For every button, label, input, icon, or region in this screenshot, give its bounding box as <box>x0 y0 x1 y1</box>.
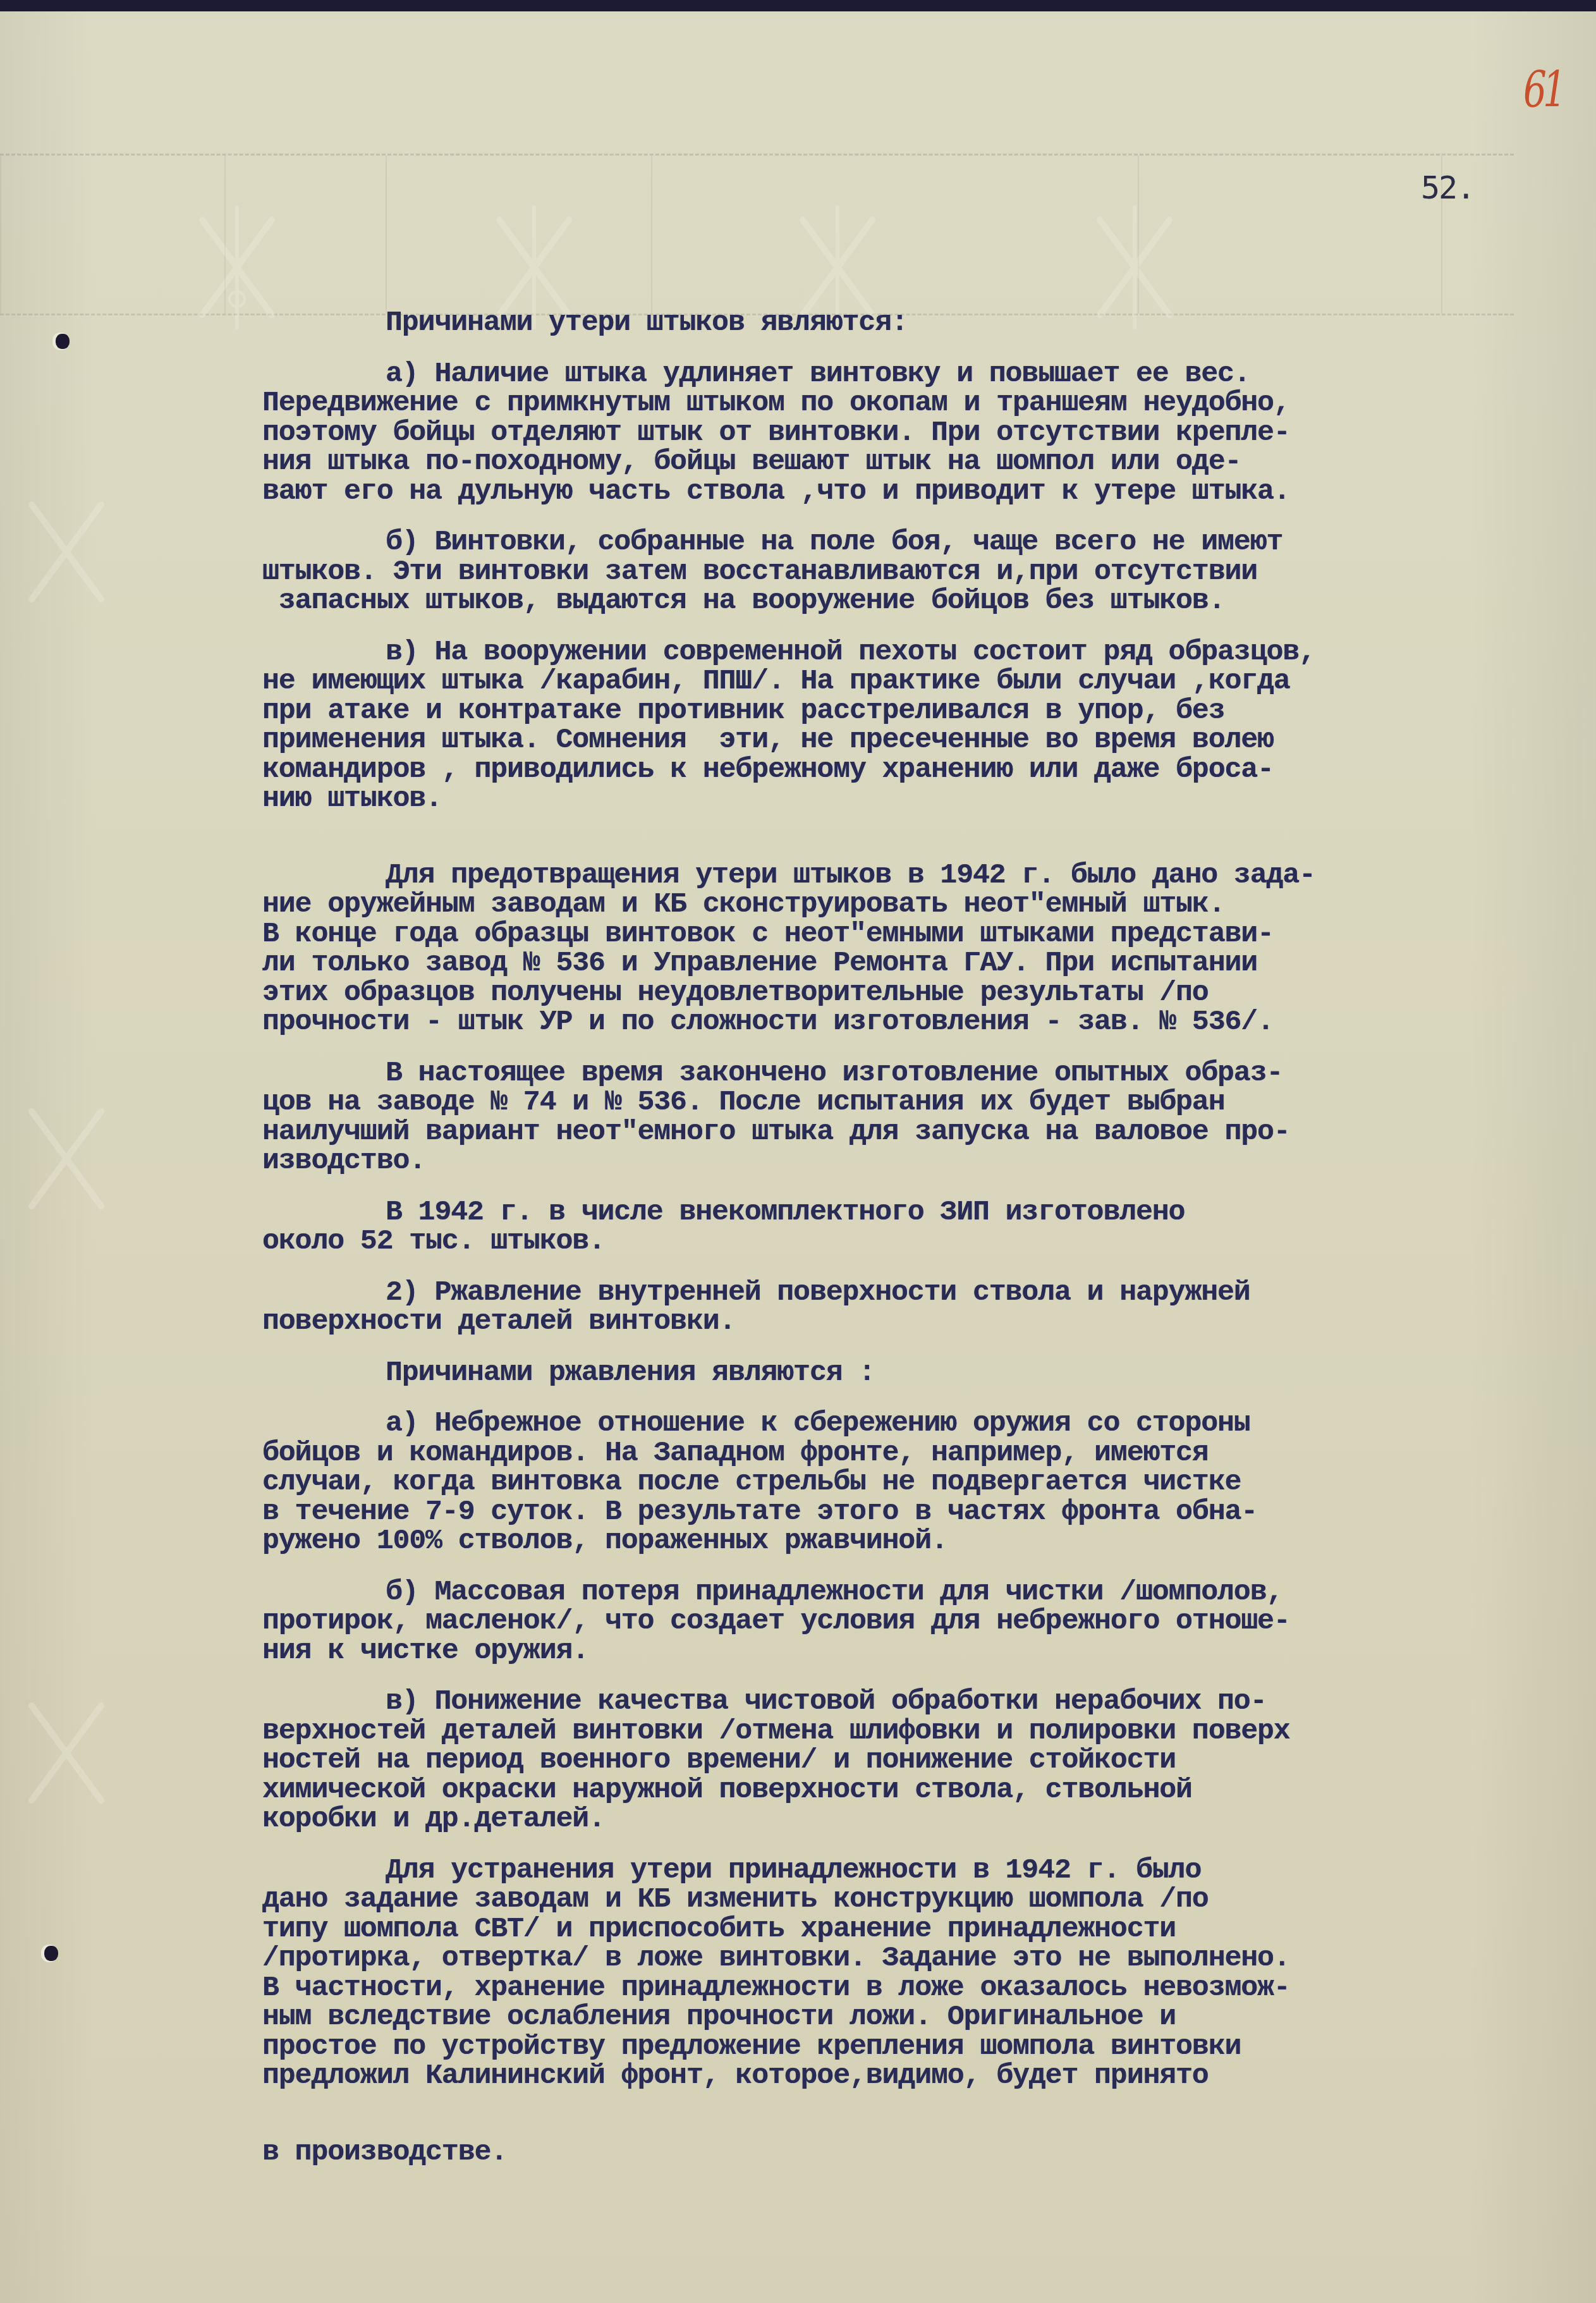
typewritten-body: Причинами утери штыков являются:а) Налич… <box>262 308 1590 2189</box>
text-line: Передвижение с примкнутым штыком по окоп… <box>262 389 1590 418</box>
paragraph-final-line: в производстве. <box>262 2138 1590 2168</box>
text-line: цов на заводе № 74 и № 536. После испыта… <box>262 1088 1590 1118</box>
text-line: В конце года образцы винтовок с неот"емн… <box>262 920 1590 950</box>
text-line: предложил Калининский фронт, которое,вид… <box>262 2062 1590 2091</box>
text-line: б) Массовая потеря принадлежности для чи… <box>262 1578 1590 1608</box>
text-line: бойцов и командиров. На Западном фронте,… <box>262 1439 1590 1469</box>
paragraph-cause-v: в) На вооружении современной пехоты сост… <box>262 638 1590 814</box>
text-line: протирок, масленок/, что создает условия… <box>262 1607 1590 1637</box>
paragraph-prevention-1942: Для предотвращения утери штыков в 1942 г… <box>262 861 1590 1037</box>
text-line: поверхности деталей винтовки. <box>262 1307 1590 1337</box>
paragraph-spare-parts-1942: В 1942 г. в числе внекомплектного ЗИП из… <box>262 1198 1590 1257</box>
paragraph-heading-causes-loss: Причинами утери штыков являются: <box>262 308 1590 338</box>
crossed-cannons-watermark-icon <box>19 479 114 618</box>
paragraph-rust-cause-a: а) Небрежное отношение к сбережению оруж… <box>262 1409 1590 1556</box>
text-line: коробки и др.деталей. <box>262 1805 1590 1835</box>
page-number: 52. <box>1421 169 1474 206</box>
text-line: командиров , приводились к небрежному хр… <box>262 755 1590 785</box>
text-line: Причинами ржавления являются : <box>262 1359 1590 1388</box>
document-page: 61 52. Причинами утери штыков являются:а… <box>0 11 1596 2303</box>
text-line: ние оружейным заводам и КБ сконструирова… <box>262 890 1590 920</box>
crossed-cannons-watermark-icon <box>19 1680 114 1819</box>
text-line: 2) Ржавление внутренней поверхности ство… <box>262 1278 1590 1308</box>
text-line: в) Понижение качества чистовой обработки… <box>262 1687 1590 1717</box>
text-line: ностей на период военного времени/ и пон… <box>262 1746 1590 1776</box>
text-line: б) Винтовки, собранные на поле боя, чаще… <box>262 528 1590 558</box>
text-line: а) Наличие штыка удлиняет винтовку и пов… <box>262 360 1590 389</box>
text-line: ния к чистке оружия. <box>262 1637 1590 1666</box>
text-line: около 52 тыс. штыков. <box>262 1227 1590 1257</box>
text-line: дано задание заводам и КБ изменить конст… <box>262 1885 1590 1915</box>
text-line: штыков. Эти винтовки затем восстанавлива… <box>262 558 1590 587</box>
binding-hole <box>44 1946 58 1961</box>
binding-hole <box>56 334 70 349</box>
text-line: в) На вооружении современной пехоты сост… <box>262 638 1590 668</box>
text-line: а) Небрежное отношение к сбережению оруж… <box>262 1409 1590 1439</box>
text-line: типу шомпола СВТ/ и приспособить хранени… <box>262 1915 1590 1945</box>
text-line: нию штыков. <box>262 785 1590 814</box>
text-line: Для устранения утери принадлежности в 19… <box>262 1856 1590 1886</box>
text-line: запасных штыков, выдаются на вооружение … <box>262 587 1590 616</box>
text-line: простое по устройству предложение крепле… <box>262 2032 1590 2062</box>
text-line: прочности - штык УР и по сложности изгот… <box>262 1008 1590 1037</box>
paragraph-rust-cause-b: б) Массовая потеря принадлежности для чи… <box>262 1578 1590 1666</box>
text-line: ружено 100% стволов, пораженных ржавчино… <box>262 1527 1590 1556</box>
text-line: ли только завод № 536 и Управление Ремон… <box>262 949 1590 979</box>
text-line: в производстве. <box>262 2138 1590 2168</box>
archive-sheet-number: 61 <box>1523 61 1562 119</box>
text-line: применения штыка. Сомнения эти, не пресе… <box>262 726 1590 755</box>
scanner-top-edge <box>0 0 1596 11</box>
text-line: этих образцов получены неудовлетворитель… <box>262 979 1590 1008</box>
paragraph-elimination-1942: Для устранения утери принадлежности в 19… <box>262 1856 1590 2091</box>
text-line: ния штыка по-походному, бойцы вешают шты… <box>262 448 1590 477</box>
paragraph-heading-causes-rust: Причинами ржавления являются : <box>262 1359 1590 1388</box>
text-line: изводство. <box>262 1147 1590 1176</box>
crossed-cannons-watermark-icon <box>19 1086 114 1225</box>
text-line: вают его на дульную часть ствола ,что и … <box>262 477 1590 507</box>
text-line: не имеющих штыка /карабин, ППШ/. На прак… <box>262 667 1590 697</box>
text-line: верхностей деталей винтовки /отмена шлиф… <box>262 1717 1590 1747</box>
text-line: наилучший вариант неот"емного штыка для … <box>262 1118 1590 1147</box>
text-line: В настоящее время закончено изготовление… <box>262 1059 1590 1089</box>
text-line: поэтому бойцы отделяют штык от винтовки.… <box>262 418 1590 448</box>
text-line: ным вследствие ослабления прочности ложи… <box>262 2003 1590 2032</box>
paragraph-section-2: 2) Ржавление внутренней поверхности ство… <box>262 1278 1590 1337</box>
text-line: Для предотвращения утери штыков в 1942 г… <box>262 861 1590 891</box>
text-line: химической окраски наружной поверхности … <box>262 1776 1590 1805</box>
text-line: в течение 7-9 суток. В результате этого … <box>262 1498 1590 1527</box>
text-line: В частности, хранение принадлежности в л… <box>262 1974 1590 2003</box>
text-line: Причинами утери штыков являются: <box>262 308 1590 338</box>
paragraph-current-status: В настоящее время закончено изготовление… <box>262 1059 1590 1176</box>
text-line: В 1942 г. в числе внекомплектного ЗИП из… <box>262 1198 1590 1228</box>
text-line: случаи, когда винтовка после стрельбы не… <box>262 1468 1590 1498</box>
paragraph-cause-b: б) Винтовки, собранные на поле боя, чаще… <box>262 528 1590 616</box>
text-line: /протирка, отвертка/ в ложе винтовки. За… <box>262 1944 1590 1974</box>
paragraph-cause-a: а) Наличие штыка удлиняет винтовку и пов… <box>262 360 1590 507</box>
paragraph-rust-cause-v: в) Понижение качества чистовой обработки… <box>262 1687 1590 1835</box>
text-line: при атаке и контратаке противник расстре… <box>262 697 1590 726</box>
